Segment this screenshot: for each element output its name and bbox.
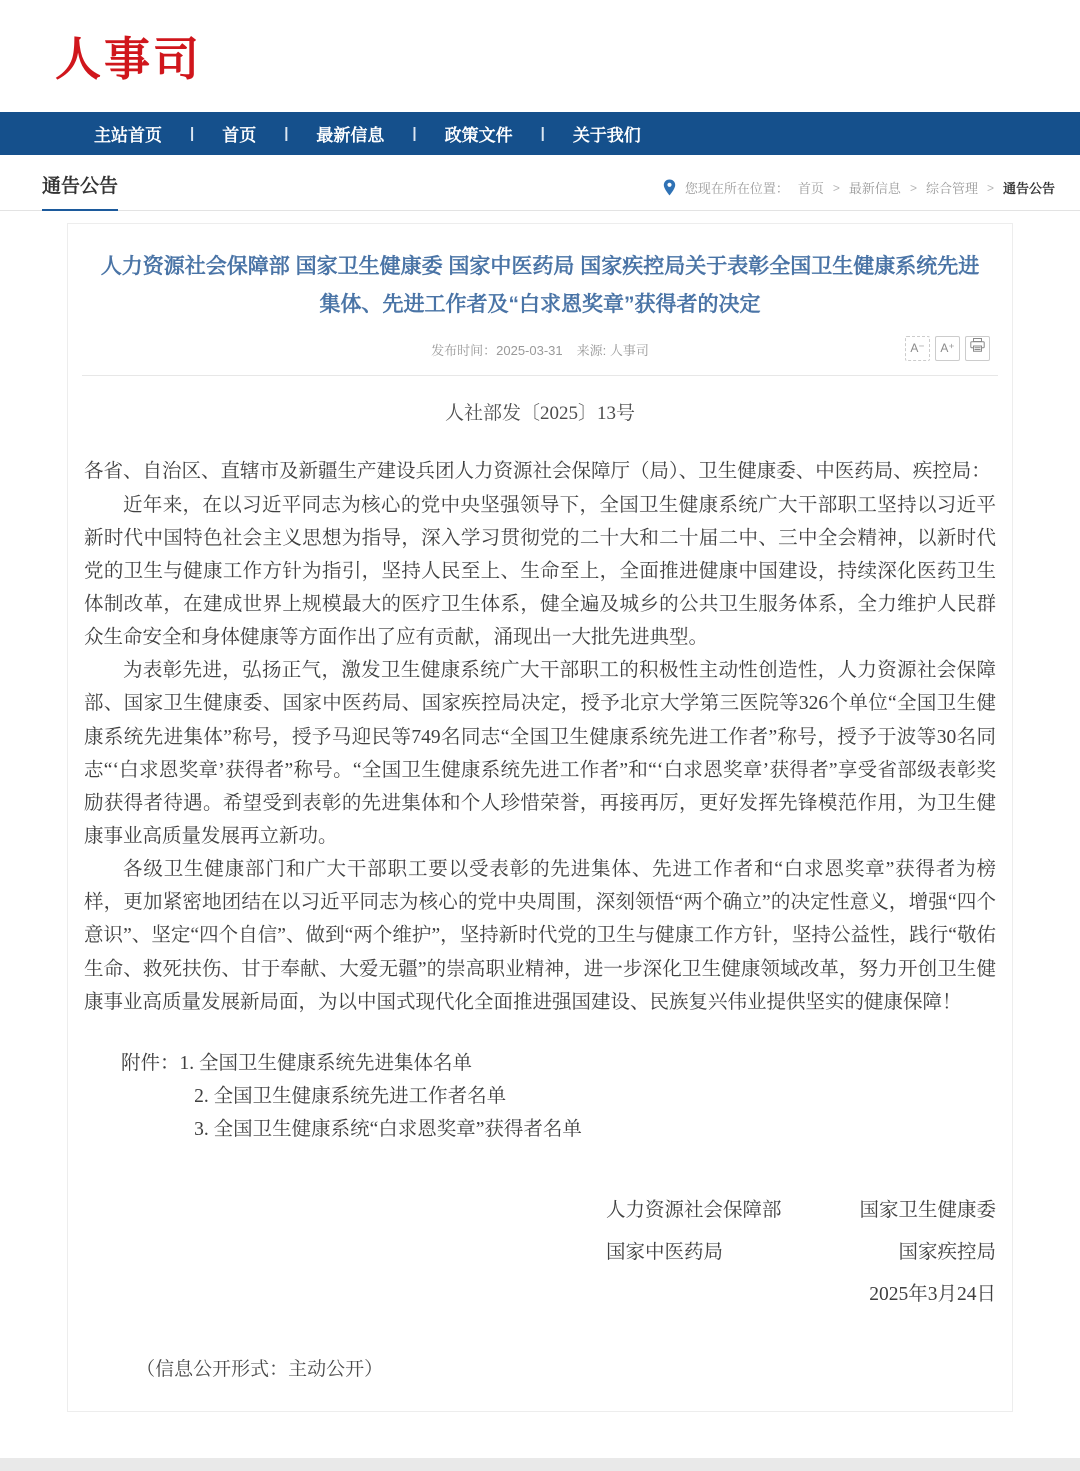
- attachments-label: 附件：: [121, 1053, 180, 1074]
- breadcrumb-separator: >: [833, 181, 840, 195]
- signature-block: 人力资源社会保障部 国家卫生健康委 国家中医药局 国家疾控局 2025年3月24…: [606, 1190, 996, 1316]
- article-tools: A⁻ A⁺: [905, 336, 990, 361]
- source-label: 来源:: [577, 343, 607, 358]
- bottom-band: [0, 1458, 1080, 1471]
- site-header: 人事司: [0, 0, 1080, 112]
- page: 人事司 主站首页 | 首页 | 最新信息 | 政策文件 | 关于我们 通告公告 …: [0, 0, 1080, 1471]
- breadcrumb-current: 通告公告: [1003, 178, 1055, 197]
- print-button[interactable]: [965, 336, 990, 361]
- main-nav: 主站首页 | 首页 | 最新信息 | 政策文件 | 关于我们: [0, 112, 1080, 155]
- article-meta: 发布时间：2025-03-31来源: 人事司 A⁻ A⁺: [82, 340, 998, 376]
- nav-item-main-home[interactable]: 主站首页: [66, 121, 190, 146]
- article-body: 各省、自治区、直辖市及新疆生产建设兵团人力资源社会保障厅（局）、卫生健康委、中医…: [82, 455, 998, 1018]
- attachment-item: 附件：1. 全国卫生健康系统先进集体名单: [82, 1047, 998, 1080]
- salutation-paragraph: 各省、自治区、直辖市及新疆生产建设兵团人力资源社会保障厅（局）、卫生健康委、中医…: [84, 455, 996, 488]
- signature-row: 国家中医药局 国家疾控局: [606, 1232, 996, 1274]
- source-value: 人事司: [610, 343, 649, 358]
- nav-item-policy-documents[interactable]: 政策文件: [417, 121, 541, 146]
- breadcrumb-separator: >: [987, 181, 994, 195]
- publish-time-label: 发布时间：: [431, 343, 496, 358]
- signature-mohrss: 人力资源社会保障部: [606, 1190, 782, 1232]
- attachment-1: 1. 全国卫生健康系统先进集体名单: [180, 1053, 473, 1074]
- nav-item-home[interactable]: 首页: [194, 121, 284, 146]
- attachment-3: 3. 全国卫生健康系统“白求恩奖章”获得者名单: [194, 1119, 582, 1140]
- breadcrumb-label: 您现在所在位置：: [685, 178, 789, 197]
- breadcrumb-separator: >: [910, 181, 917, 195]
- signature-row: 人力资源社会保障部 国家卫生健康委: [606, 1190, 996, 1232]
- article-title: 人力资源社会保障部 国家卫生健康委 国家中医药局 国家疾控局关于表彰全国卫生健康…: [82, 248, 998, 324]
- breadcrumb-latest-news[interactable]: 最新信息: [849, 178, 901, 197]
- printer-icon: [970, 337, 985, 360]
- attachments-list: 附件：1. 全国卫生健康系统先进集体名单 2. 全国卫生健康系统先进工作者名单 …: [82, 1047, 998, 1146]
- attachment-2: 2. 全国卫生健康系统先进工作者名单: [194, 1086, 506, 1107]
- section-bar: 通告公告 您现在所在位置： 首页 > 最新信息 > 综合管理 > 通告公告: [0, 155, 1080, 211]
- breadcrumb: 您现在所在位置： 首页 > 最新信息 > 综合管理 > 通告公告: [663, 178, 1055, 210]
- attachment-item: 3. 全国卫生健康系统“白求恩奖章”获得者名单: [82, 1113, 998, 1146]
- breadcrumb-general-management[interactable]: 综合管理: [926, 178, 978, 197]
- signature-cdc: 国家疾控局: [898, 1232, 996, 1274]
- article-container: 人力资源社会保障部 国家卫生健康委 国家中医药局 国家疾控局关于表彰全国卫生健康…: [67, 223, 1013, 1412]
- nav-item-about-us[interactable]: 关于我们: [545, 121, 669, 146]
- site-logo[interactable]: 人事司: [55, 23, 202, 89]
- signature-date: 2025年3月24日: [606, 1274, 996, 1316]
- body-paragraph: 各级卫生健康部门和广大干部职工要以受表彰的先进集体、先进工作者和“白求恩奖章”获…: [84, 853, 996, 1019]
- breadcrumb-home[interactable]: 首页: [798, 178, 824, 197]
- font-increase-button[interactable]: A⁺: [935, 336, 960, 361]
- signature-nhc: 国家卫生健康委: [859, 1190, 996, 1232]
- attachment-item: 2. 全国卫生健康系统先进工作者名单: [82, 1080, 998, 1113]
- nav-item-latest-news[interactable]: 最新信息: [288, 121, 412, 146]
- body-paragraph: 近年来，在以习近平同志为核心的党中央坚强领导下，全国卫生健康系统广大干部职工坚持…: [84, 489, 996, 655]
- location-pin-icon: [663, 179, 676, 196]
- section-title: 通告公告: [42, 171, 118, 211]
- signature-natcm: 国家中医药局: [606, 1232, 723, 1274]
- disclosure-note: （信息公开形式：主动公开）: [82, 1354, 998, 1381]
- document-number: 人社部发〔2025〕13号: [82, 398, 998, 425]
- publish-date: 2025-03-31: [496, 343, 563, 358]
- body-paragraph: 为表彰先进，弘扬正气，激发卫生健康系统广大干部职工的积极性主动性创造性，人力资源…: [84, 654, 996, 853]
- font-decrease-button[interactable]: A⁻: [905, 336, 930, 361]
